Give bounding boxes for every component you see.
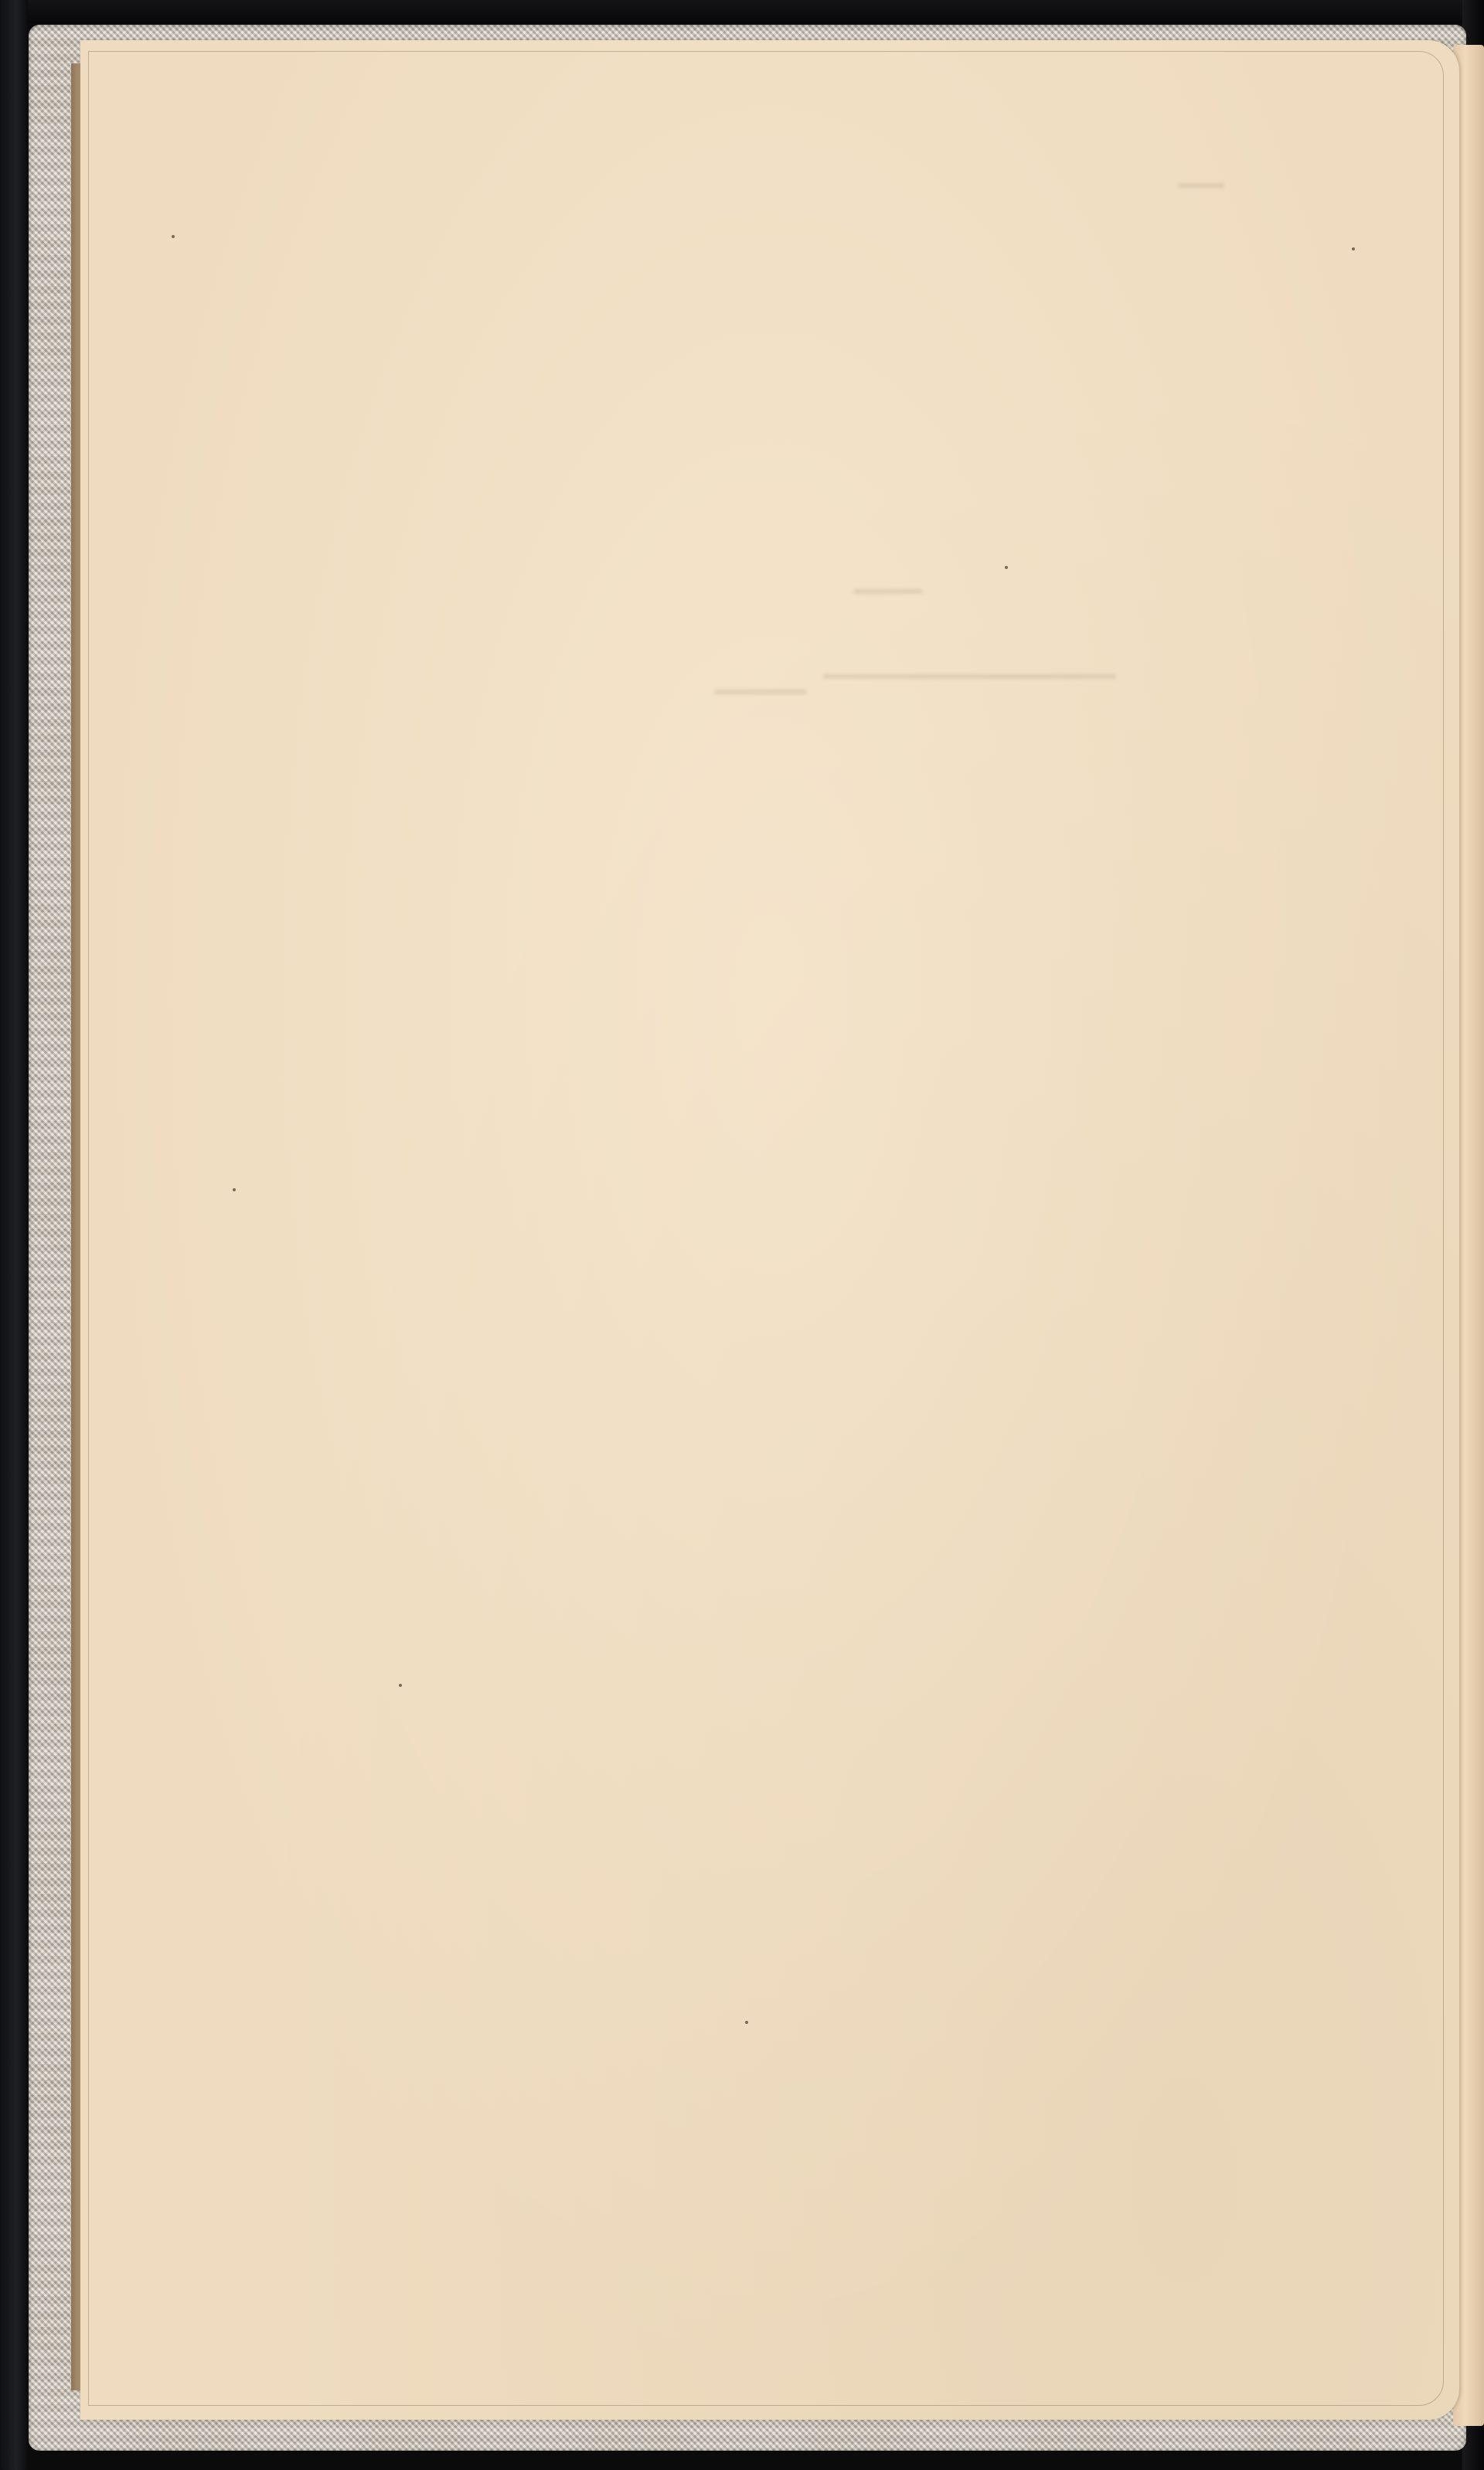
paper-speck	[1005, 566, 1008, 569]
offset-ghost-mark	[714, 690, 807, 694]
offset-ghost-mark	[1178, 183, 1224, 188]
page-border-rule	[88, 51, 1444, 2406]
paper-speck	[233, 1188, 236, 1191]
scanner-background-top	[0, 0, 1484, 23]
scan-stage	[0, 0, 1484, 2470]
paper-speck	[1352, 247, 1355, 250]
paper-speck	[399, 1684, 402, 1687]
offset-ghost-mark	[853, 589, 923, 594]
paper-speck	[745, 2021, 748, 2024]
blank-page	[80, 40, 1459, 2420]
offset-ghost-mark	[822, 674, 1116, 679]
paper-speck	[172, 235, 175, 238]
scanner-background-left	[0, 0, 28, 2470]
